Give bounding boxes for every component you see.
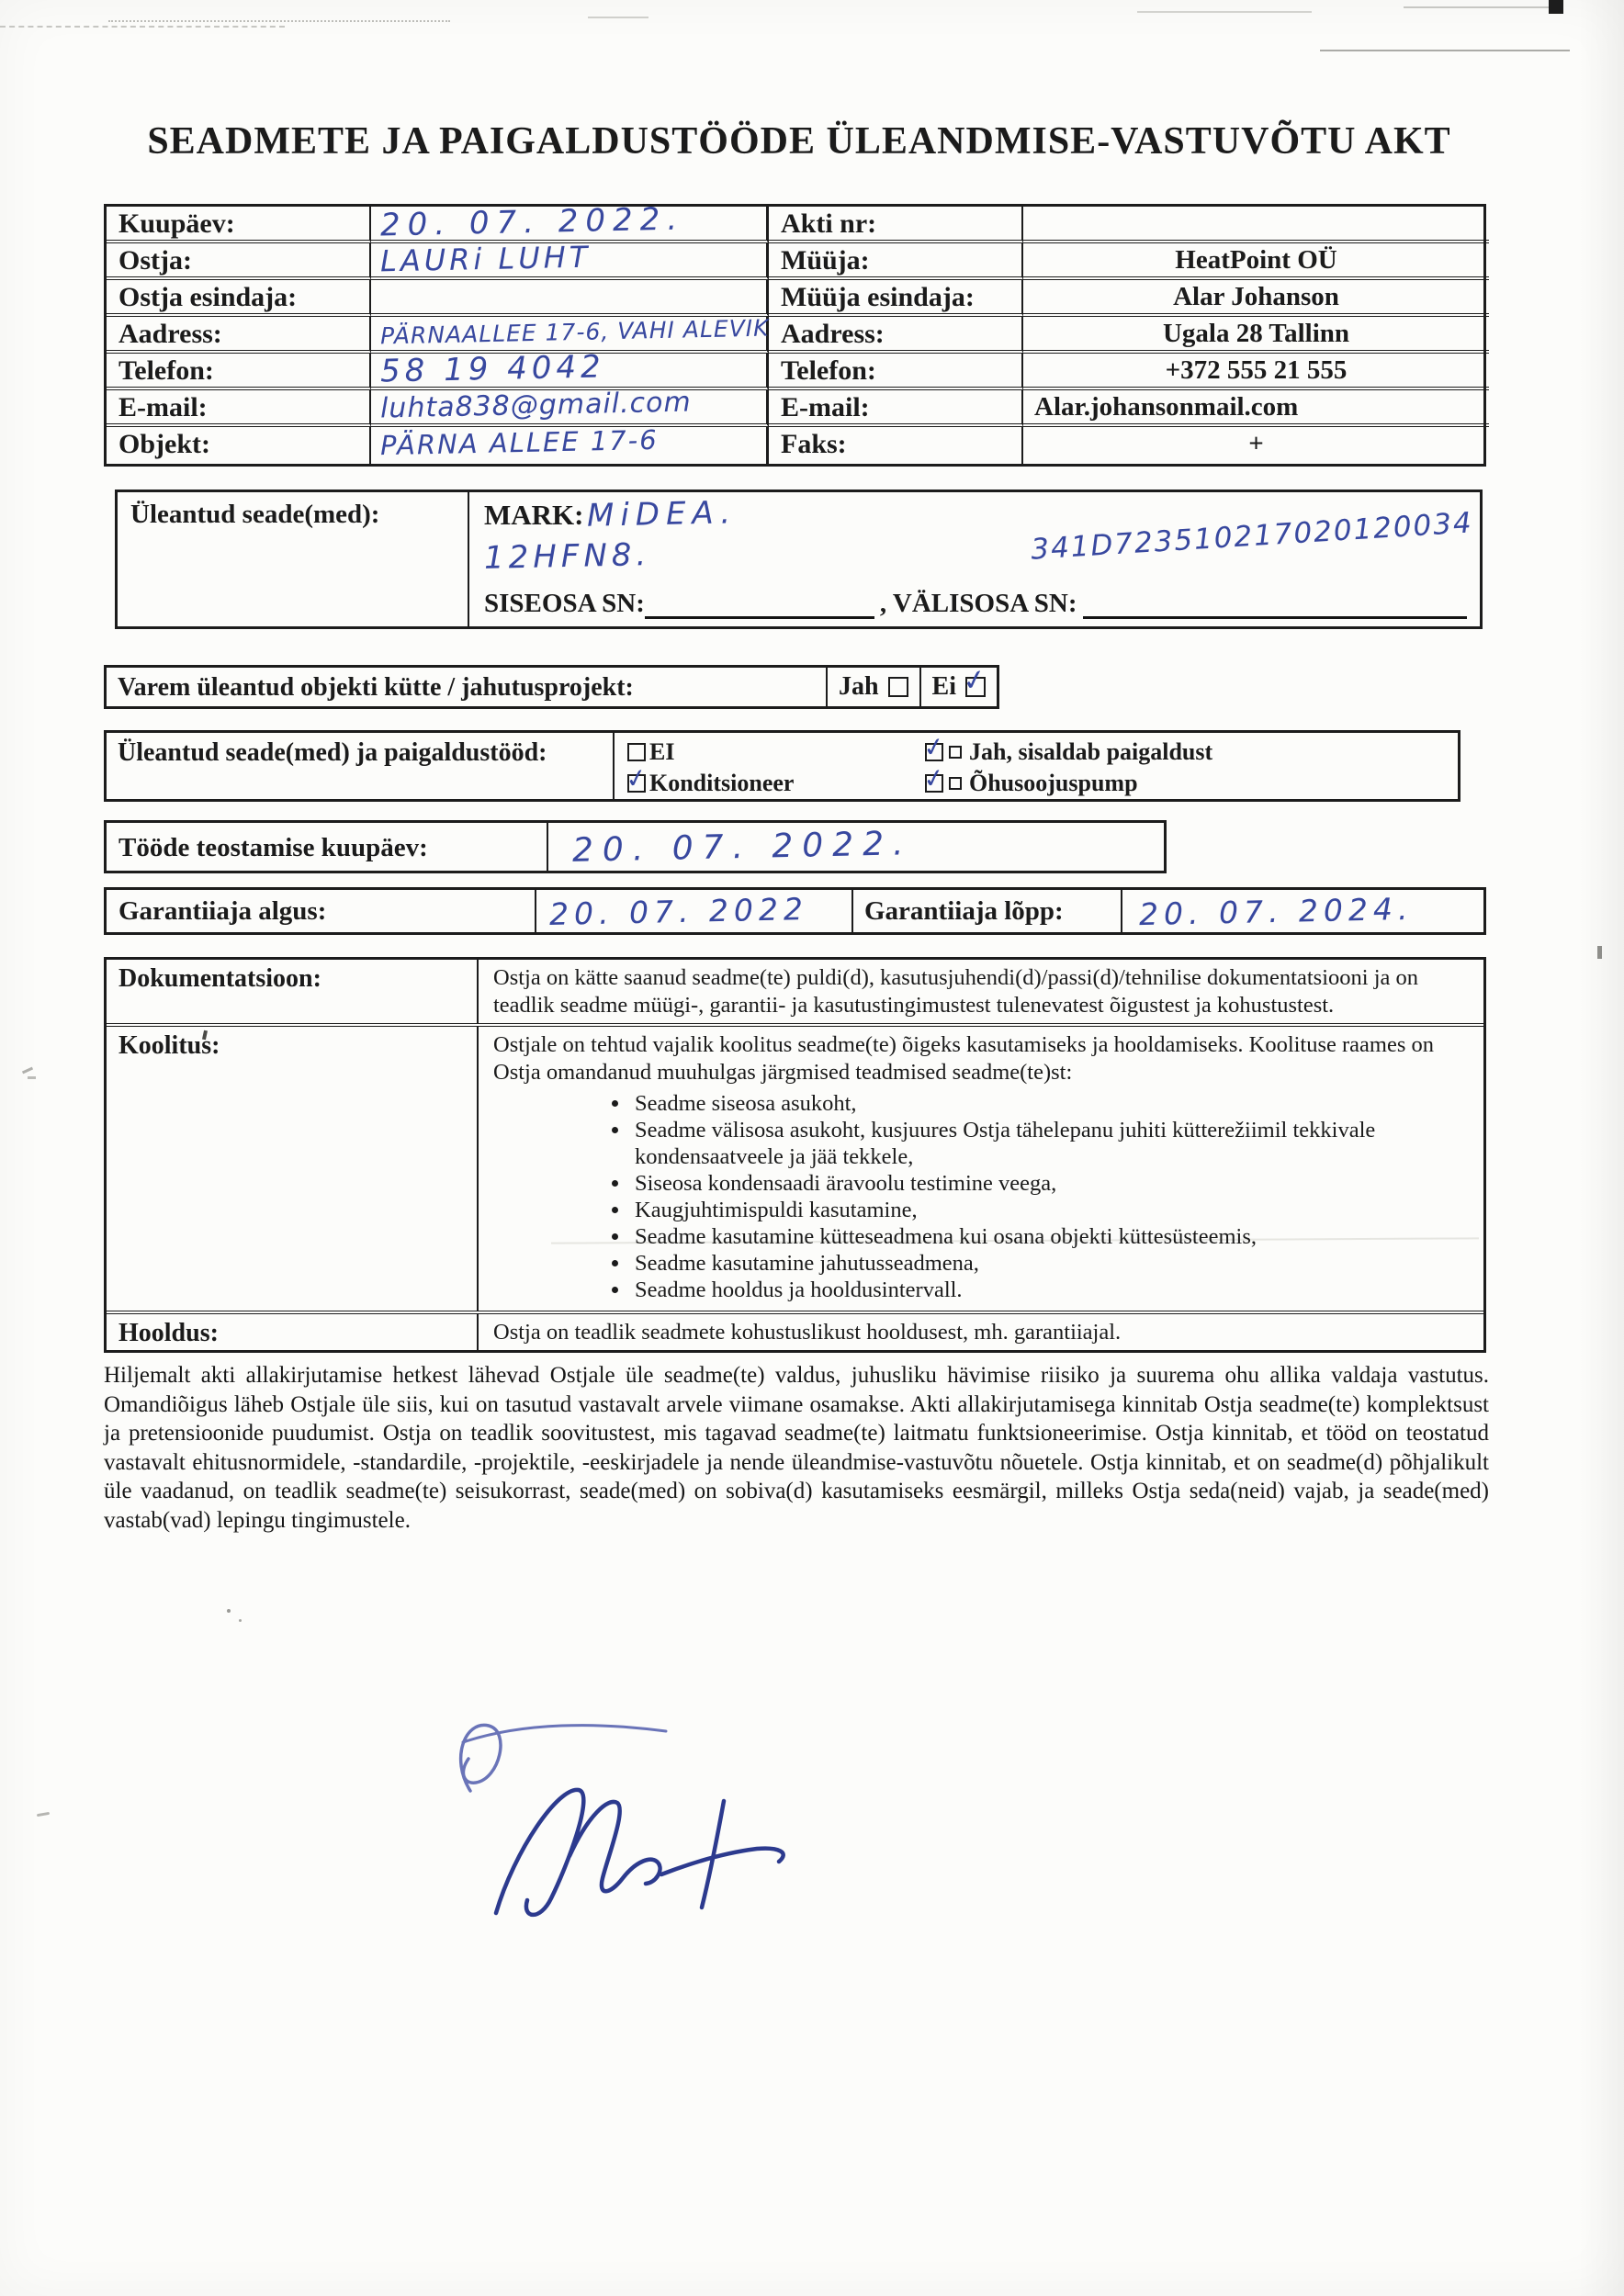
handwritten-name: LAURi LUHT: [380, 242, 592, 277]
konditsioneer-checkbox: ✓: [627, 774, 646, 793]
scan-artifact-dash: [1137, 11, 1312, 13]
warranty-row: Garantiiaja algus: 20. 07. 2022 Garantii…: [104, 887, 1486, 935]
scan-artifact-mark: [239, 1619, 242, 1622]
dokumentatsioon-content: Ostja on kätte saanud seadme(te) puldi(d…: [479, 960, 1483, 1023]
option-jah-paigaldus-label: Jah, sisaldab paigaldust: [969, 738, 1212, 766]
koolitus-label: Koolitus:: [107, 1027, 479, 1311]
jah-paigaldus-checkbox: ✓: [925, 743, 943, 761]
field-label-akti-nr: Akti nr:: [769, 207, 1023, 243]
field-value-muuja: HeatPoint OÜ: [1023, 243, 1489, 280]
scan-artifact-corner: [1549, 0, 1563, 14]
siseosa-sn-blank: [645, 598, 874, 619]
dokumentatsioon-text: Ostja on kätte saanud seadme(te) puldi(d…: [493, 964, 1467, 1019]
bullet-item: Seadme hooldus ja hooldusintervall.: [631, 1277, 1467, 1303]
work-date-row: Tööde teostamise kuupäev: 20. 07. 2022.: [104, 820, 1167, 873]
field-value-muuja-email: Alar.johansonmail.com: [1023, 390, 1489, 427]
scan-artifact-mark: [37, 1812, 50, 1817]
bullet-item: Seadme välisosa asukoht, kusjuures Ostja…: [631, 1117, 1467, 1170]
details-row-koolitus: Koolitus: Ostjale on tehtud vajalik kool…: [107, 1027, 1483, 1314]
warranty-end-label: Garantiiaja lõpp:: [853, 890, 1122, 932]
project-row-label: Varem üleantud objekti kütte / jahutuspr…: [107, 668, 826, 706]
field-label-muuja-esindaja: Müüja esindaja:: [769, 280, 1023, 317]
option-ohusoojuspump-label: Õhusoojuspump: [969, 770, 1138, 797]
scan-artifact-dash: [0, 26, 285, 28]
field-label-aadress: Aadress:: [107, 317, 371, 354]
scan-artifact-dash: [108, 20, 450, 22]
warranty-start-value: 20. 07. 2022: [536, 890, 853, 932]
signature: [386, 1694, 845, 1933]
field-value-telefon: 58 19 4042: [371, 354, 769, 390]
field-value-kuupaev: 20. 07. 2022.: [371, 207, 769, 243]
valisosa-sn-label: , VÄLISOSA SN:: [880, 589, 1077, 619]
scan-artifact-line: [1320, 50, 1570, 51]
siseosa-sn-label: SISEOSA SN:: [484, 589, 645, 619]
scan-artifact-dash: [588, 17, 648, 18]
field-value-ostja-esindaja: [371, 280, 769, 317]
hooldus-content: Ostja on teadlik seadmete kohustuslikust…: [479, 1314, 1483, 1350]
bullet-item: Siseosa kondensaadi äravoolu testimine v…: [631, 1170, 1467, 1197]
field-label-muuja-aadress: Aadress:: [769, 317, 1023, 354]
handwritten-email: luhta838@gmail.com: [380, 387, 692, 424]
bullet-item: Seadme siseosa asukoht,: [631, 1090, 1467, 1117]
field-label-ostja: Ostja:: [107, 243, 371, 280]
ei-checkbox: ✓: [965, 677, 986, 697]
field-value-aadress: PÄRNAALLEE 17-6, VAHI ALEVIK: [371, 317, 769, 354]
field-label-muuja-telefon: Telefon:: [769, 354, 1023, 390]
project-option-jah: Jah ✓: [826, 668, 919, 706]
field-label-muuja: Müüja:: [769, 243, 1023, 280]
field-label-email: E-mail:: [107, 390, 371, 427]
device-section-label: Üleantud seade(med):: [118, 492, 469, 626]
handwritten-mark: MiDEA.: [587, 494, 738, 534]
work-date-value: 20. 07. 2022.: [548, 828, 912, 866]
option-jah-paigaldus: ✓ Jah, sisaldab paigaldust: [925, 737, 1458, 768]
option-ei: ✓ EI: [627, 737, 921, 768]
handwritten-address: PÄRNAALLEE 17-6, VAHI ALEVIK: [380, 313, 770, 353]
warranty-end-value: 20. 07. 2024.: [1122, 890, 1483, 932]
handwritten-warranty-end: 20. 07. 2024.: [1139, 890, 1414, 931]
scan-artifact-fold: [1578, 0, 1624, 2296]
scan-artifact-mark: [28, 1076, 36, 1079]
field-label-kuupaev: Kuupäev:: [107, 207, 371, 243]
scan-artifact-mark: [227, 1609, 231, 1613]
jah-checkbox: ✓: [888, 677, 908, 697]
field-value-muuja-esindaja: Alar Johanson: [1023, 280, 1489, 317]
koolitus-content: Ostjale on tehtud vajalik koolitus seadm…: [479, 1027, 1483, 1311]
small-checkbox: [949, 746, 962, 759]
handwritten-date: 20. 07. 2022.: [380, 204, 685, 242]
field-value-objekt: PÄRNA ALLEE 17-6: [371, 427, 769, 464]
field-value-ostja: LAURi LUHT: [371, 243, 769, 280]
scan-artifact-mark: [1597, 946, 1602, 959]
field-label-objekt: Objekt:: [107, 427, 371, 464]
field-label-faks: Faks:: [769, 427, 1023, 464]
ohusoojuspump-checkbox: ✓: [925, 774, 943, 793]
koolitus-bullet-list: Seadme siseosa asukoht, Seadme välisosa …: [493, 1090, 1467, 1303]
handwritten-model: 12HFN8.: [484, 536, 651, 577]
option-konditsioneer: ✓ Konditsioneer: [627, 768, 921, 799]
field-value-faks: +: [1023, 427, 1489, 464]
ei-label: Ei: [932, 672, 956, 702]
field-label-ostja-esindaja: Ostja esindaja:: [107, 280, 371, 317]
hooldus-label: Hooldus:: [107, 1314, 479, 1350]
field-value-muuja-aadress: Ugala 28 Tallinn: [1023, 317, 1489, 354]
document-title: SEADMETE JA PAIGALDUSTÖÖDE ÜLEANDMISE-VA…: [0, 119, 1598, 163]
warranty-start-label: Garantiiaja algus:: [107, 890, 536, 932]
works-row-label: Üleantud seade(med) ja paigaldustööd:: [107, 733, 615, 799]
koolitus-text: Ostjale on tehtud vajalik koolitus seadm…: [493, 1031, 1467, 1086]
works-row: Üleantud seade(med) ja paigaldustööd: ✓ …: [104, 730, 1460, 802]
option-konditsioneer-label: Konditsioneer: [649, 770, 794, 797]
works-mid-options: ✓ EI ✓ Konditsioneer: [615, 733, 921, 799]
checkmark-icon: ✓: [920, 730, 947, 764]
valisosa-sn-blank: [1083, 598, 1467, 619]
details-row-hooldus: Hooldus: Ostja on teadlik seadmete kohus…: [107, 1314, 1483, 1350]
device-section: Üleantud seade(med): MARK: MiDEA. 12HFN8…: [115, 490, 1483, 629]
dokumentatsioon-label: Dokumentatsioon:: [107, 960, 479, 1023]
option-ohusoojuspump: ✓ Õhusoojuspump: [925, 768, 1458, 799]
scan-artifact-mark: [22, 1067, 33, 1075]
option-ei-label: EI: [649, 738, 674, 766]
jah-label: Jah: [839, 672, 879, 702]
field-value-email: luhta838@gmail.com: [371, 390, 769, 427]
field-value-akti-nr: [1023, 207, 1489, 243]
scan-artifact-dash: [1404, 6, 1551, 8]
details-row-dokumentatsioon: Dokumentatsioon: Ostja on kätte saanud s…: [107, 960, 1483, 1027]
hooldus-text: Ostja on teadlik seadmete kohustuslikust…: [493, 1319, 1467, 1346]
details-table: Dokumentatsioon: Ostja on kätte saanud s…: [104, 957, 1486, 1353]
device-section-content: MARK: MiDEA. 12HFN8. SISEOSA SN: , VÄLIS…: [469, 492, 1480, 626]
handwritten-object: PÄRNA ALLEE 17-6: [380, 424, 659, 461]
project-row: Varem üleantud objekti kütte / jahutuspr…: [104, 665, 999, 709]
scanned-document-page: SEADMETE JA PAIGALDUSTÖÖDE ÜLEANDMISE-VA…: [0, 0, 1624, 2296]
small-checkbox: [949, 777, 962, 790]
legal-paragraph: Hiljemalt akti allakirjutamise hetkest l…: [104, 1361, 1489, 1535]
field-value-muuja-telefon: +372 555 21 555: [1023, 354, 1489, 390]
field-label-muuja-email: E-mail:: [769, 390, 1023, 427]
bullet-item: Kaugjuhtimispuldi kasutamine,: [631, 1197, 1467, 1223]
works-right-options: ✓ Jah, sisaldab paigaldust ✓ Õhusoojuspu…: [921, 733, 1458, 799]
bullet-item: Seadme kasutamine kütteseadmena kui osan…: [631, 1223, 1467, 1250]
field-label-telefon: Telefon:: [107, 354, 371, 390]
bullet-item: Seadme kasutamine jahutusseadmena,: [631, 1250, 1467, 1277]
mark-label: MARK:: [484, 499, 583, 531]
project-option-ei: Ei ✓: [919, 668, 997, 706]
ei-checkbox: ✓: [627, 743, 646, 761]
serial-number-line: SISEOSA SN: , VÄLISOSA SN:: [484, 589, 1467, 619]
parties-table: Kuupäev: 20. 07. 2022. Akti nr: Ostja: L…: [104, 204, 1486, 467]
work-date-label: Tööde teostamise kuupäev:: [107, 823, 548, 871]
handwritten-work-date: 20. 07. 2022.: [572, 825, 913, 870]
handwritten-phone: 58 19 4042: [380, 351, 605, 387]
checkmark-icon: ✓: [960, 662, 989, 699]
handwritten-warranty-start: 20. 07. 2022: [549, 891, 809, 932]
